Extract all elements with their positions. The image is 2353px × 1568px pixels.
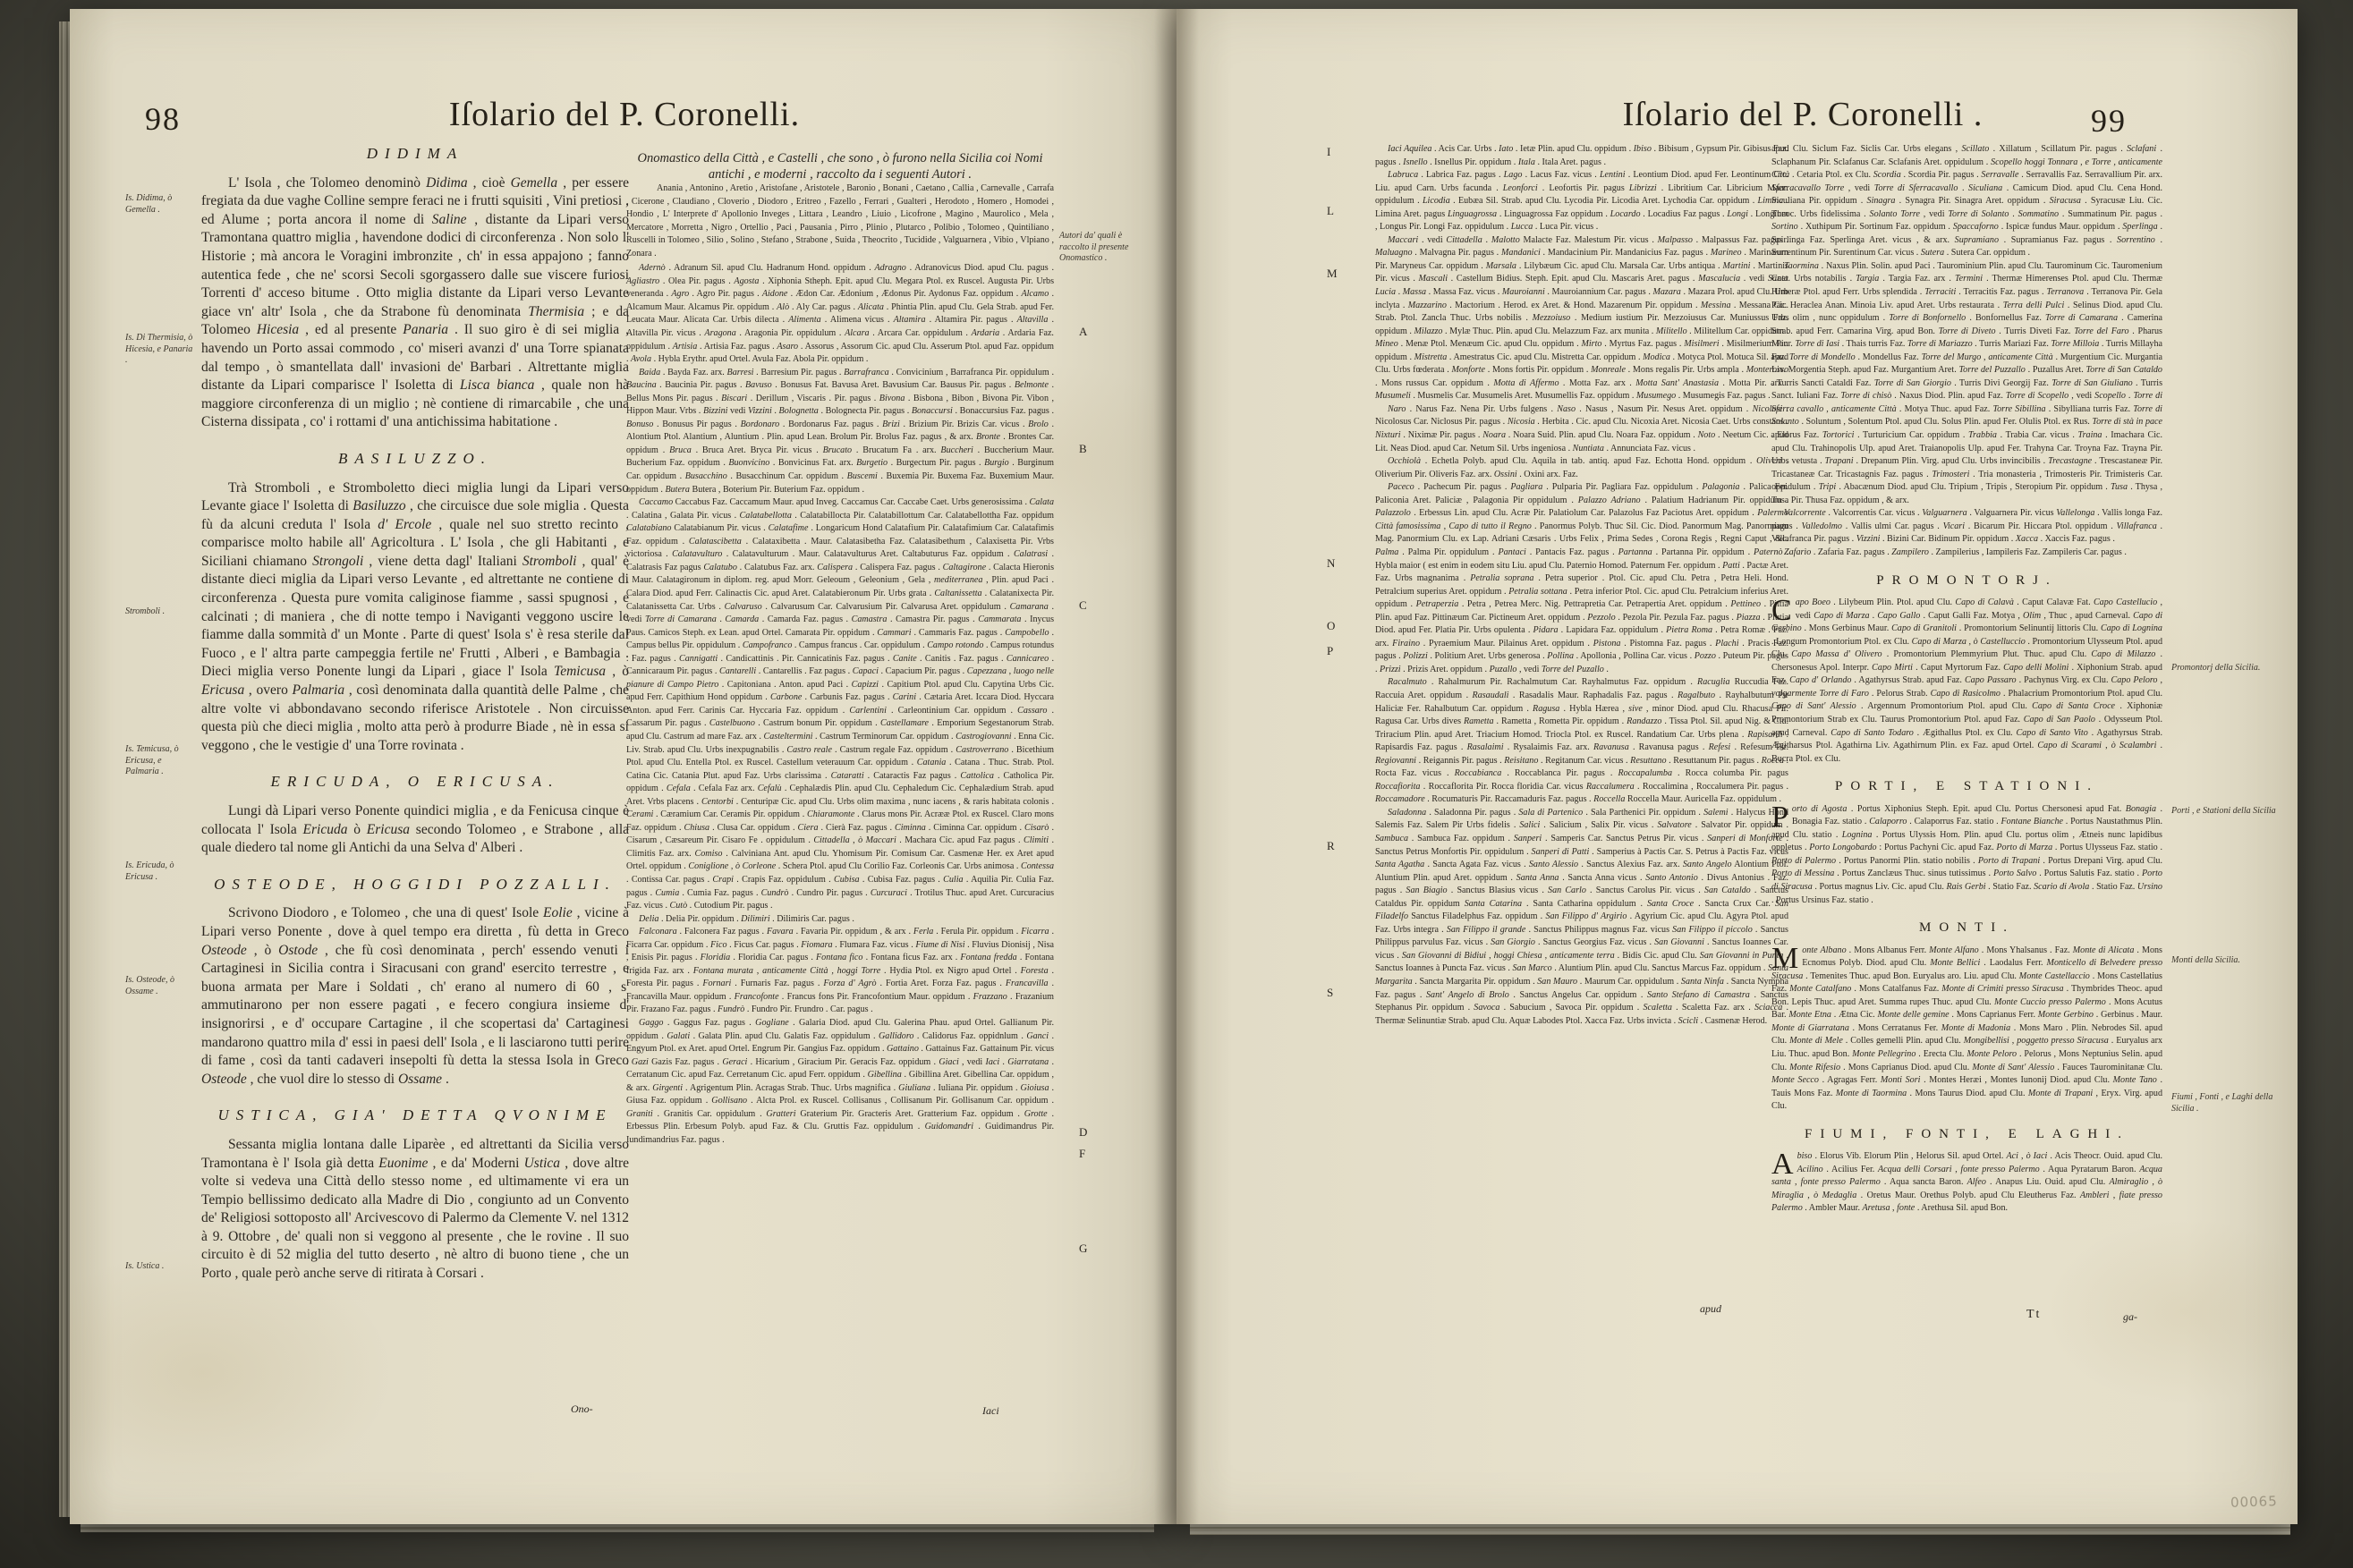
margin-note: Is. Temicusa, ò Ericusa, e Palmaria . (125, 744, 197, 778)
section-body: Lungi dà Lipari verso Ponente quindici m… (201, 802, 629, 858)
margin-letter: M (1327, 267, 1338, 281)
gazetteer-paragraph: Naro . Narus Faz. Nena Pir. Urbs fulgens… (1375, 403, 1788, 455)
catchword: ga- (2123, 1310, 2137, 1324)
section-heading: DIDIMA (201, 145, 629, 164)
margin-letter: P (1327, 644, 1333, 658)
margin-letter: C (1079, 598, 1087, 613)
gazetteer-paragraph: apud Clu. Siclum Faz. Siclis Car. Urbs e… (1771, 143, 2162, 260)
gazetteer-paragraph: Occhiolà . Echetla Polyb. apud Clu. Aqui… (1375, 455, 1788, 481)
section-body: Sessanta miglia lontana dalle Liparèe , … (201, 1136, 629, 1284)
gazetteer-paragraph: Gaggo . Gaggus Faz. pagus . Gogliane . G… (626, 1017, 1054, 1147)
margin-letter: R (1327, 839, 1335, 853)
margin-letter: A (1079, 325, 1087, 339)
margin-letter: D (1079, 1125, 1087, 1140)
gazetteer-paragraph: Iaci Aquilea . Acis Car. Urbs . Iato . I… (1375, 143, 1788, 169)
section-body-text: orto di Agosta . Portus Xiphonius Steph.… (1771, 804, 2162, 905)
gazetteer-paragraph: Baida . Bayda Faz. arx. Barresi . Barres… (626, 367, 1054, 496)
margin-note: Stromboli . (125, 606, 197, 618)
authors-paragraph: Anania , Antonino , Aretio , Aristofane … (626, 182, 1054, 260)
page-right: Iſolario del P. Coronelli . 99 ILMNOPRS … (1176, 9, 2298, 1524)
page-number-right: 99 (2091, 102, 2127, 140)
section-body-text: biso . Elorus Vib. Elorum Plin , Helorus… (1771, 1151, 2162, 1213)
catchword: Ono- (571, 1403, 593, 1416)
margin-note: Promontorj della Sicilia. (2171, 663, 2279, 674)
margin-note: Is. Osteode, ò Ossame . (125, 975, 197, 997)
running-title-left: Iſolario del P. Coronelli. (401, 95, 848, 134)
margin-note: Is. Didima, ò Gemella . (125, 193, 197, 216)
margin-letter: I (1327, 145, 1330, 159)
gazetteer-paragraph: Caccamo Caccabus Faz. Caccamum Maur. apu… (626, 496, 1054, 913)
drop-cap: M (1771, 945, 1802, 970)
margin-note: Monti della Sicilia. (2171, 955, 2279, 967)
section-heading: ERICUDA, O ERICUSA. (201, 773, 629, 792)
section-body: Monte Albano . Mons Albanus Ferr. Monte … (1771, 945, 2162, 1114)
gazetteer-paragraph: Labruca . Labrica Faz. pagus . Lago . La… (1375, 169, 1788, 234)
margin-letter: N (1327, 556, 1335, 571)
gazetteer-paragraph: Delia . Delia Pir. oppidum . Dilimiri . … (626, 913, 1054, 927)
margin-note-autori: Autori da' quali è raccolto il presente … (1059, 231, 1133, 265)
gazetteer-paragraph: Adernò . Adranum Sil. apud Clu. Hadranum… (626, 262, 1054, 366)
gazetteer-paragraph: Taormina . Naxus Plin. Solin. apud Paci … (1771, 260, 2162, 507)
gazetteer-paragraph: Valcorrente . Valcorrentis Car. vicus . … (1771, 507, 2162, 547)
onomastico-column: Onomastico della Città , e Castelli , ch… (626, 150, 1054, 1147)
section-body: Trà Stromboli , e Stromboletto dieci mig… (201, 479, 629, 756)
signature-mark: Tt (2026, 1308, 2041, 1322)
margin-letter: L (1327, 204, 1334, 218)
gutter-shadow (1154, 9, 1199, 1524)
drop-cap: A (1771, 1150, 1797, 1176)
gazetteer-paragraph: Zafarìo . Zafaria Faz. pagus . Zampilero… (1771, 547, 2162, 560)
section-heading: OSTEODE, HOGGIDI POZZALLI. (201, 876, 629, 894)
section-heading: BASILUZZO. (201, 450, 629, 469)
margin-letter: B (1079, 442, 1087, 456)
margin-note: Is. Ustica . (125, 1261, 197, 1273)
margin-letter: F (1079, 1147, 1085, 1161)
running-title-right: Iſolario del P. Coronelli . (1615, 95, 1991, 134)
margin-note: Is. Di Thermisia, ò Hicesia, e Panaria . (125, 333, 197, 367)
page-stack-edge-bottom-left (81, 1524, 1154, 1532)
section-body: L' Isola , che Tolomeo denominò Didima ,… (201, 174, 629, 432)
margin-note: Porti , e Stationi della Sicilia (2171, 806, 2279, 818)
gazetteer-paragraph: Racalmuto . Rahalmurum Pir. Rachalmutum … (1375, 676, 1788, 806)
page-number-left: 98 (145, 100, 181, 138)
margin-note: Fiumi , Fonti , e Laghi della Sicilia . (2171, 1092, 2279, 1115)
section-body: Abiso . Elorus Vib. Elorum Plin , Heloru… (1771, 1150, 2162, 1216)
section-heading: MONTI. (1771, 921, 2162, 935)
section-heading: FIUMI, FONTI, E LAGHI. (1771, 1128, 2162, 1141)
catchword: Iaci (982, 1404, 999, 1418)
margin-note: Is. Ericuda, ò Ericusa . (125, 860, 197, 883)
gazetteer-paragraph: Paceco . Pachecum Pir. pagus . Pagliara … (1375, 481, 1788, 676)
section-body-text: apo Boeo . Lilybeum Plin. Ptol. apud Clu… (1771, 598, 2162, 764)
section-heading: USTICA, GIA' DETTA QVONIME (201, 1106, 629, 1125)
gazetteer-paragraph: Saladonna . Saladonna Pir. pagus . Sala … (1375, 807, 1788, 1028)
catchword: apud (1700, 1302, 1721, 1316)
margin-letter: G (1079, 1242, 1087, 1256)
drop-cap: C (1771, 597, 1796, 623)
section-body: Scrivono Diodoro , e Tolomeo , che una d… (201, 904, 629, 1089)
onomastico-heading: Onomastico della Città , e Castelli , ch… (626, 150, 1054, 182)
gazetteer-column-b: apud Clu. Siclum Faz. Siclis Car. Urbs e… (1771, 143, 2162, 1216)
section-body: Capo Boeo . Lilybeum Plin. Ptol. apud Cl… (1771, 597, 2162, 766)
page-left: 98 Iſolario del P. Coronelli. Is. Didima… (70, 9, 1176, 1524)
section-body: Porto di Agosta . Portus Xiphonius Steph… (1771, 803, 2162, 907)
page-stack-edge-bottom-right (1190, 1524, 2290, 1535)
gazetteer-paragraph: Falconara . Falconera Faz pagus . Favara… (626, 926, 1054, 1017)
gazetteer-column-a: Iaci Aquilea . Acis Car. Urbs . Iato . I… (1375, 143, 1788, 1028)
drop-cap: P (1771, 803, 1792, 829)
narrative-column: DIDIMAL' Isola , che Tolomeo denominò Di… (201, 145, 629, 1284)
margin-letter: S (1327, 986, 1333, 1000)
section-heading: PROMONTORJ. (1771, 574, 2162, 588)
corner-inventory-number: 00065 (2230, 1493, 2278, 1511)
section-heading: PORTI, E STATIONI. (1771, 780, 2162, 793)
margin-letter: O (1327, 619, 1335, 633)
section-body-text: onte Albano . Mons Albanus Ferr. Monte A… (1771, 945, 2162, 1112)
gazetteer-paragraph: Maccari . vedi Cittadella . Malotto Mala… (1375, 234, 1788, 403)
